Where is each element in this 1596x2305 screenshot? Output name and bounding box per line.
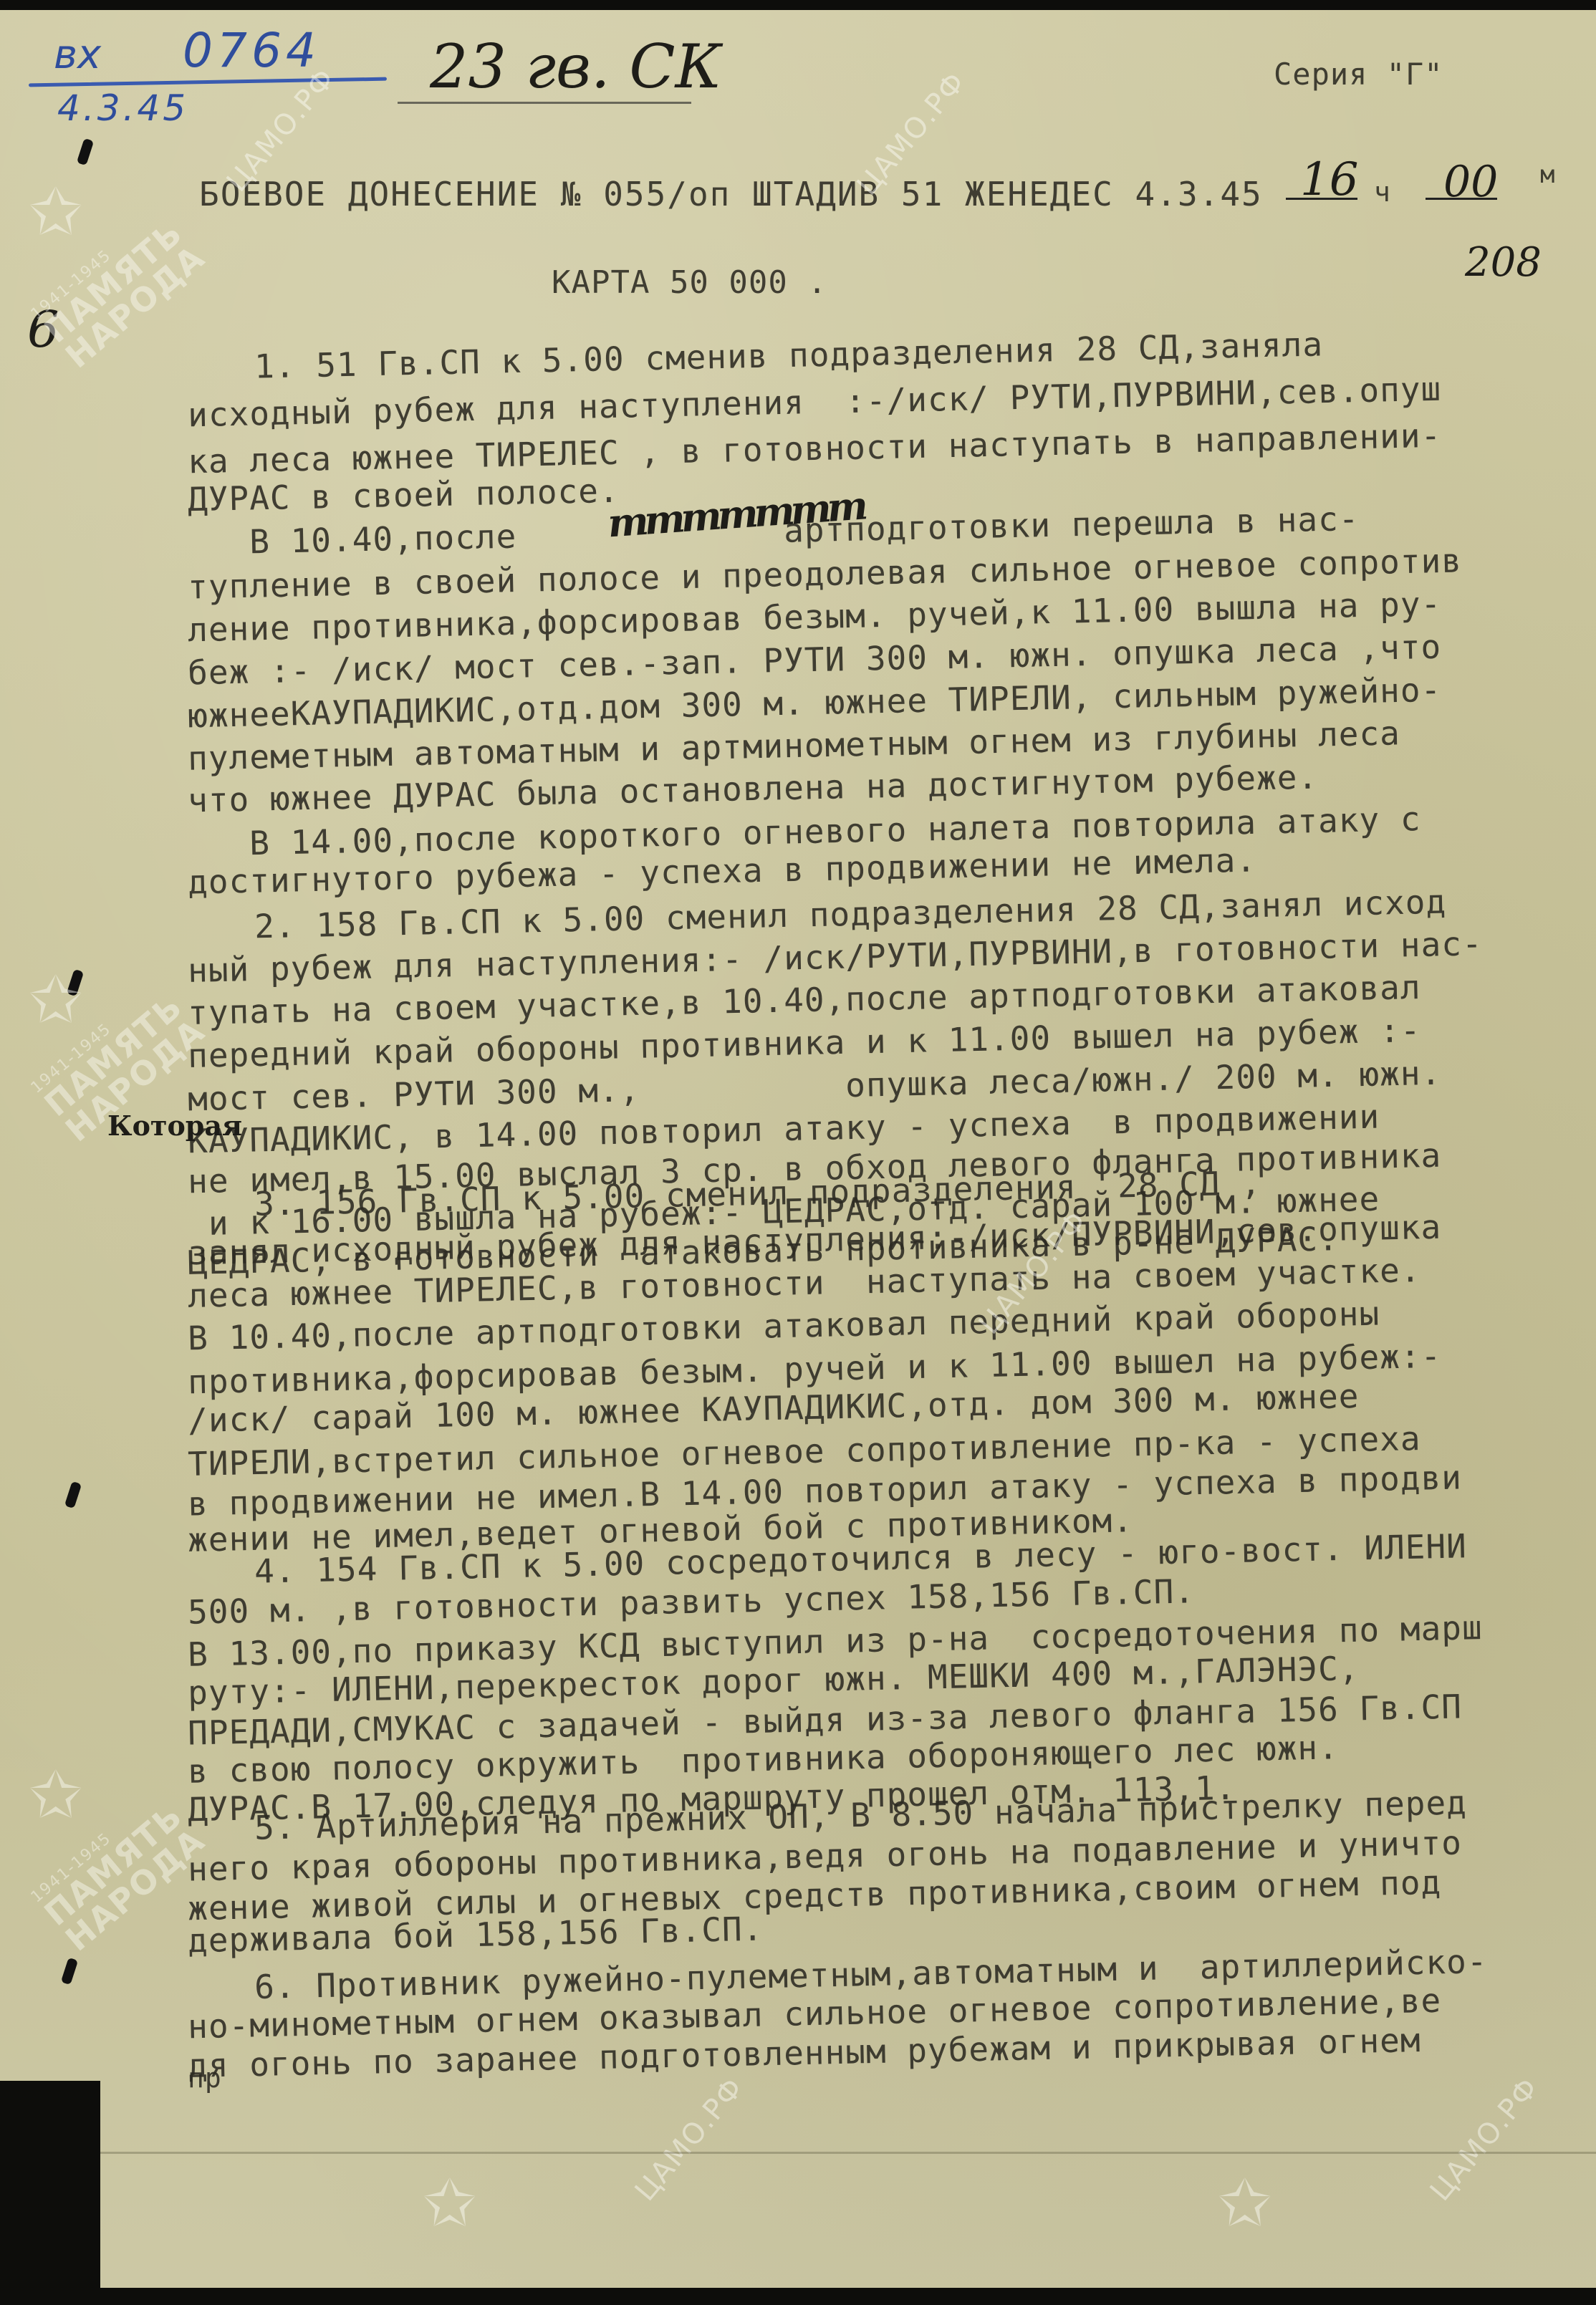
star-watermark-icon: ✩: [29, 1758, 82, 1833]
archive-ref-number: 0764: [183, 23, 320, 78]
p1-line-4: ДУРАС в своей полосе.: [188, 471, 620, 519]
document-sheet: вх 0764 4.3.45 23 гв. СК Серия "Г" БОЕВО…: [0, 10, 1596, 2288]
punch-hole: [77, 138, 94, 166]
star-watermark-icon: ✩: [29, 175, 82, 250]
unit-underline: [398, 102, 691, 104]
map-scale: КАРТА 50 000 .: [552, 264, 827, 301]
time-minutes-unit: м: [1540, 160, 1555, 189]
margin-note-which: Которая: [107, 1110, 242, 1142]
star-watermark-icon: ✩: [29, 963, 82, 1038]
star-watermark-icon: ✩: [423, 2166, 476, 2241]
time-hours-unit: ч: [1374, 176, 1391, 208]
time-minutes-underline: [1426, 198, 1497, 200]
page-number: 208: [1465, 239, 1542, 286]
document-title: БОЕВОЕ ДОНЕСЕНИЕ № 055/оп ШТАДИВ 51 ЖЕНЕ…: [199, 175, 1263, 213]
archive-ref-date: 4.3.45: [57, 87, 188, 129]
punch-hole: [64, 1481, 82, 1509]
paper-fold: [100, 2152, 1596, 2154]
scan-edge: [0, 2081, 100, 2305]
archive-ref-divider: [29, 77, 387, 87]
star-watermark-icon: ✩: [1218, 2166, 1271, 2241]
series-label: Серия "Г": [1274, 57, 1443, 92]
archive-ref-prefix: вх: [54, 32, 101, 78]
watermark-archive: ЦАМО.РФ: [1426, 2072, 1544, 2205]
time-hours-underline: [1286, 198, 1357, 200]
p6-line-4: пр: [188, 2062, 222, 2094]
punch-hole: [61, 1958, 78, 1986]
watermark-archive: ЦАМО.РФ: [630, 2072, 749, 2205]
unit-handwritten: 23 гв. СК: [430, 32, 722, 102]
